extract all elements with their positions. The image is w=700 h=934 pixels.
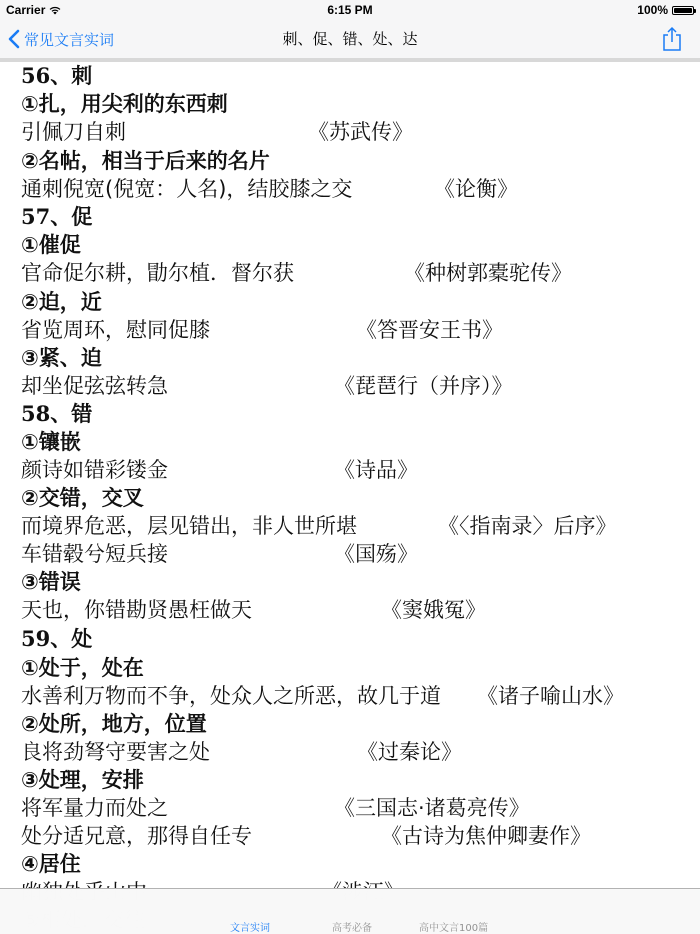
- clock: 6:15 PM: [0, 3, 700, 17]
- tab-0[interactable]: 文言实词: [230, 919, 270, 934]
- source-citation: 《〈指南录〉后序》: [438, 512, 617, 540]
- tab-1[interactable]: 高考必备: [332, 919, 372, 934]
- battery-percent: 100%: [637, 3, 668, 17]
- meaning-text: ②交错，交叉: [21, 486, 144, 510]
- example-text: 将军量力而处之: [21, 796, 168, 820]
- entry-text: 59、处: [21, 626, 92, 651]
- entry-text: 57、促: [21, 204, 92, 229]
- entry-heading: 57、促: [21, 203, 92, 231]
- example-line: 而境界危恶，层见错出，非人世所堪《〈指南录〉后序》: [21, 512, 357, 540]
- meaning-heading: ①镶嵌: [21, 428, 81, 456]
- meaning-text: ②迫，近: [21, 290, 102, 314]
- example-text: 良将劲弩守要害之处: [21, 740, 210, 764]
- example-line: 幽独处乎山中《涉江》: [21, 878, 147, 888]
- source-citation: 《诸子喻山水》: [477, 682, 624, 710]
- meaning-heading: ②交错，交叉: [21, 484, 144, 512]
- example-line: 车错毂兮短兵接《国殇》: [21, 540, 168, 568]
- meaning-heading: ①处于，处在: [21, 654, 144, 682]
- meaning-text: ②名帖，相当于后来的名片: [21, 149, 270, 173]
- example-text: 省览周环，慰同促膝: [21, 318, 210, 342]
- meaning-text: ①催促: [21, 233, 81, 257]
- source-citation: 《苏武传》: [308, 118, 413, 146]
- tab-2[interactable]: 高中文言100篇: [419, 919, 488, 934]
- example-text: 官命促尔耕，勖尔植．督尔获: [21, 261, 294, 285]
- battery-indicator: 100%: [637, 3, 694, 17]
- battery-icon: [672, 6, 694, 15]
- example-line: 省览周环，慰同促膝《答晋安王书》: [21, 316, 210, 344]
- meaning-text: ③错误: [21, 570, 81, 594]
- meaning-heading: ③紧、迫: [21, 344, 102, 372]
- meaning-heading: ③处理，安排: [21, 766, 144, 794]
- meaning-heading: ③错误: [21, 568, 81, 596]
- example-text: 引佩刀自刺: [21, 120, 126, 144]
- example-line: 通刺倪宽(倪宽：人名)，结胶膝之交《论衡》: [21, 175, 352, 203]
- status-bar: Carrier 6:15 PM 100%: [0, 0, 700, 20]
- source-citation: 《琵琶行（并序）》: [334, 372, 513, 400]
- source-citation: 《窦娥冤》: [381, 596, 486, 624]
- meaning-text: ③紧、迫: [21, 346, 102, 370]
- example-text: 通刺倪宽(倪宽：人名)，结胶膝之交: [21, 177, 352, 201]
- share-button[interactable]: [660, 26, 684, 52]
- example-line: 良将劲弩守要害之处《过秦论》: [21, 738, 210, 766]
- source-citation: 《诗品》: [334, 456, 418, 484]
- meaning-text: ①镶嵌: [21, 430, 81, 454]
- tab-bar: 文言实词高考必备高中文言100篇: [0, 888, 700, 934]
- example-line: 处分适兄意，那得自任专《古诗为焦仲卿妻作》: [21, 822, 252, 850]
- source-citation: 《三国志·诸葛亮传》: [334, 794, 530, 822]
- example-text: 幽独处乎山中: [21, 880, 147, 888]
- meaning-text: ①处于，处在: [21, 656, 144, 680]
- meaning-text: ②处所，地方，位置: [21, 712, 207, 736]
- navigation-bar: 常见文言实词 刺、促、错、处、达: [0, 20, 700, 62]
- source-citation: 《种树郭橐驼传》: [404, 259, 572, 287]
- example-text: 水善利万物而不争，处众人之所恶，故几于道: [21, 684, 441, 708]
- entry-heading: 59、处: [21, 625, 92, 653]
- example-text: 天也，你错勘贤愚枉做天: [21, 598, 252, 622]
- example-text: 处分适兄意，那得自任专: [21, 824, 252, 848]
- meaning-heading: ④居住: [21, 850, 81, 878]
- example-line: 引佩刀自刺《苏武传》: [21, 118, 126, 146]
- source-citation: 《过秦论》: [357, 738, 462, 766]
- article-content[interactable]: 56、刺①扎，用尖利的东西刺引佩刀自刺《苏武传》②名帖，相当于后来的名片通刺倪宽…: [0, 62, 700, 888]
- meaning-text: ①扎，用尖利的东西刺: [21, 92, 228, 116]
- source-citation: 《答晋安王书》: [356, 316, 503, 344]
- entry-text: 58、错: [21, 401, 92, 426]
- example-line: 却坐促弦弦转急《琵琶行（并序）》: [21, 372, 168, 400]
- example-text: 而境界危恶，层见错出，非人世所堪: [21, 514, 357, 538]
- example-line: 官命促尔耕，勖尔植．督尔获《种树郭橐驼传》: [21, 259, 294, 287]
- example-line: 天也，你错勘贤愚枉做天《窦娥冤》: [21, 596, 252, 624]
- entry-heading: 58、错: [21, 400, 92, 428]
- meaning-heading: ①扎，用尖利的东西刺: [21, 90, 228, 118]
- source-citation: 《涉江》: [321, 878, 405, 888]
- meaning-text: ④居住: [21, 852, 81, 876]
- entry-text: 56、刺: [21, 63, 92, 88]
- example-text: 颜诗如错彩镂金: [21, 458, 168, 482]
- example-text: 车错毂兮短兵接: [21, 542, 168, 566]
- share-icon: [660, 26, 684, 52]
- page-title: 刺、促、错、处、达: [0, 20, 700, 58]
- meaning-heading: ②名帖，相当于后来的名片: [21, 147, 270, 175]
- meaning-heading: ①催促: [21, 231, 81, 259]
- example-line: 颜诗如错彩镂金《诗品》: [21, 456, 168, 484]
- meaning-heading: ②处所，地方，位置: [21, 710, 207, 738]
- source-citation: 《古诗为焦仲卿妻作》: [381, 822, 591, 850]
- example-text: 却坐促弦弦转急: [21, 374, 168, 398]
- meaning-text: ③处理，安排: [21, 768, 144, 792]
- example-line: 水善利万物而不争，处众人之所恶，故几于道《诸子喻山水》: [21, 682, 441, 710]
- example-line: 将军量力而处之《三国志·诸葛亮传》: [21, 794, 168, 822]
- entry-heading: 56、刺: [21, 62, 92, 90]
- source-citation: 《国殇》: [334, 540, 418, 568]
- source-citation: 《论衡》: [434, 175, 518, 203]
- meaning-heading: ②迫，近: [21, 288, 102, 316]
